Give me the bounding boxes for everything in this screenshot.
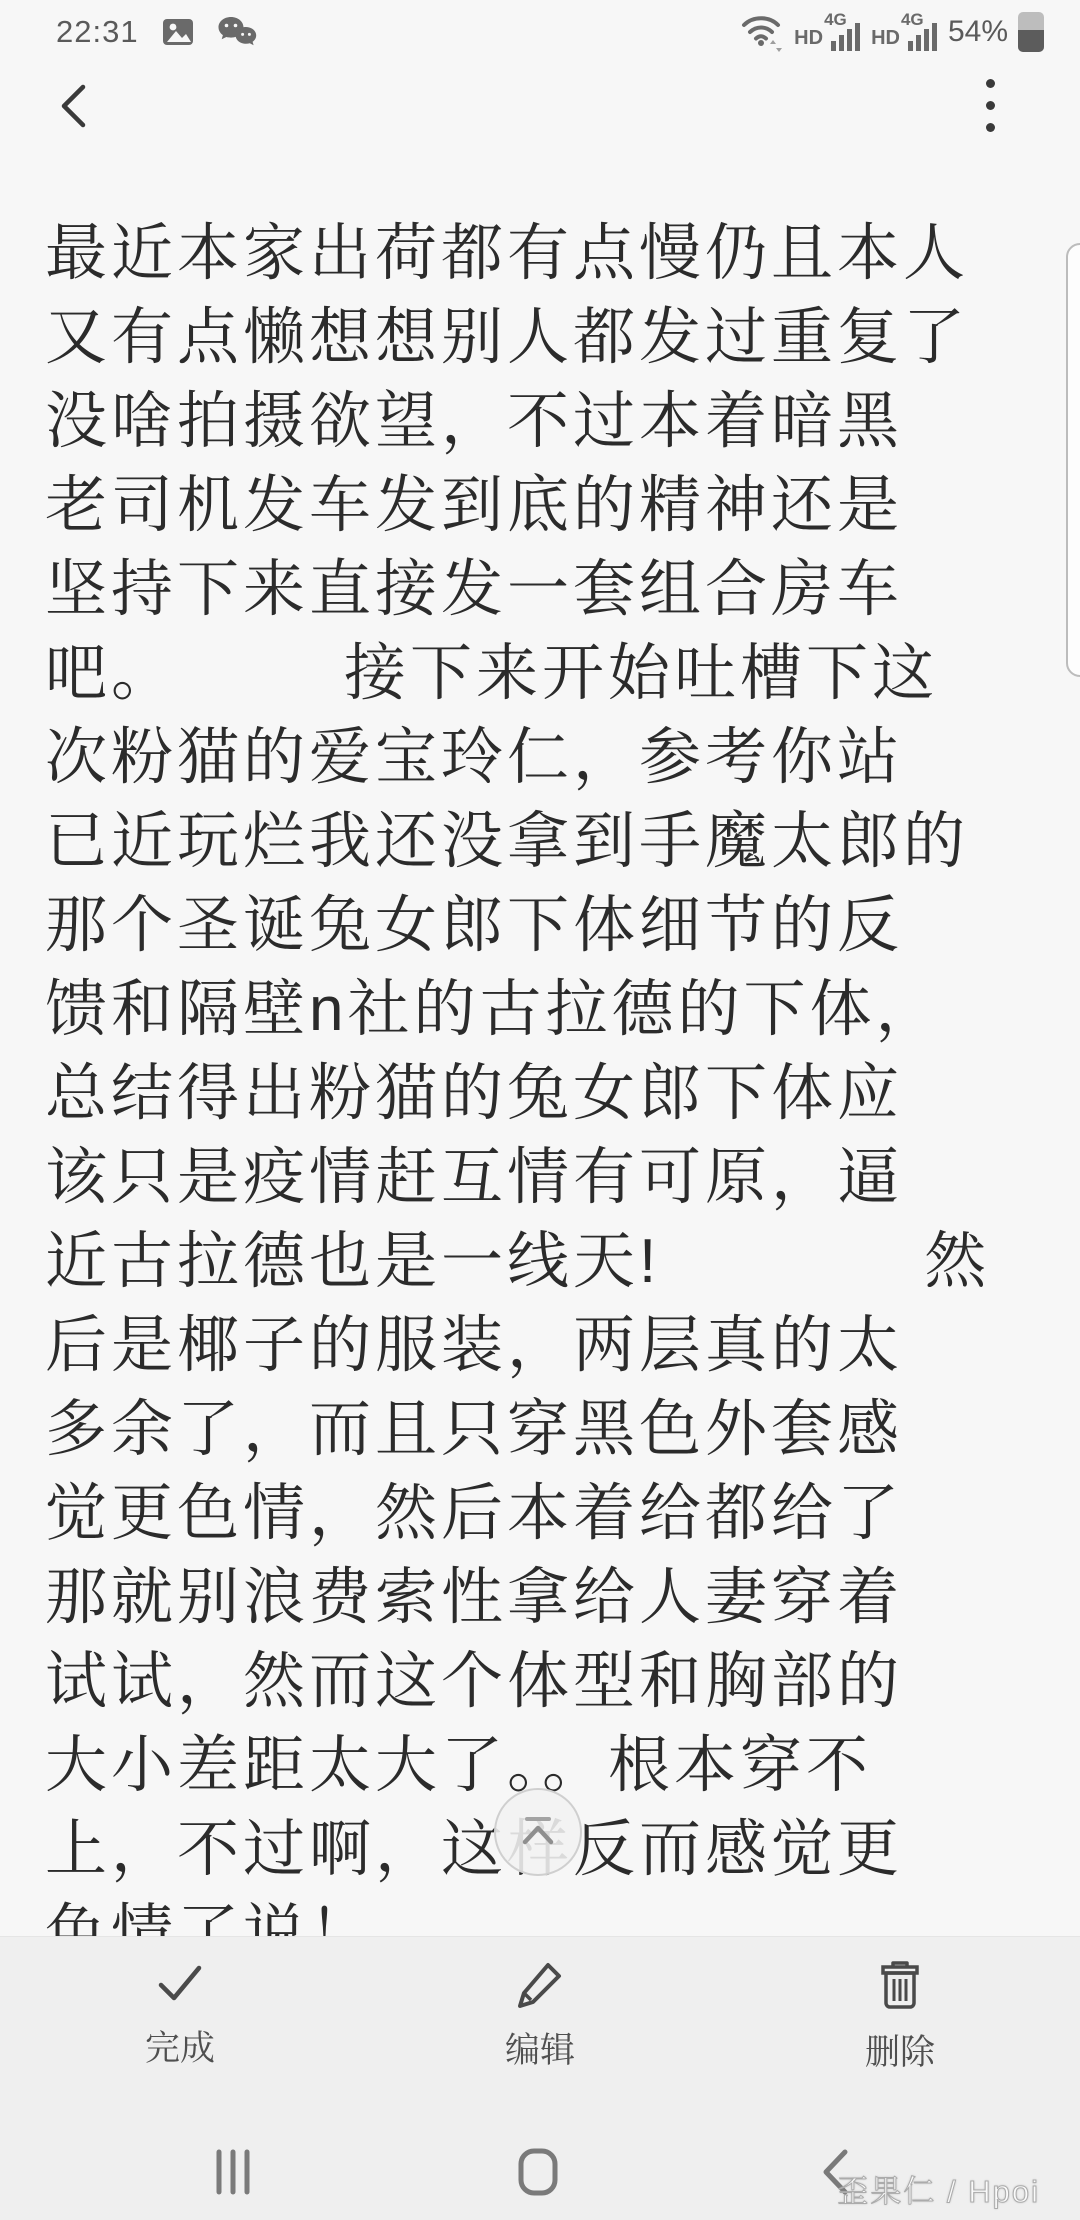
dot xyxy=(986,79,995,88)
text-line: 觉更色情，然后本着给都给了 xyxy=(45,1472,1040,1556)
edit-button[interactable]: 编辑 xyxy=(360,1937,720,2122)
check-icon xyxy=(154,1959,206,2007)
phone-screen: 22:31 xyxy=(0,0,1080,2220)
sim1-signal: HD 4G xyxy=(794,11,861,53)
text-line: 色情了说！ xyxy=(45,1892,1040,1936)
text-line: 该只是疫情赶互情有可原，逼 xyxy=(45,1136,1040,1220)
watermark: 歪果仁 / Hpoi xyxy=(837,2166,1040,2211)
dot xyxy=(986,101,995,110)
pencil-icon xyxy=(515,1959,565,2009)
done-label: 完成 xyxy=(145,2021,215,2071)
text-line: 没啥拍摄欲望，不过本着暗黑 xyxy=(45,380,1040,464)
text-line: 又有点懒想想别人都发过重复了 xyxy=(45,296,1040,380)
recents-icon xyxy=(210,2149,256,2195)
text-line: 多余了，而且只穿黑色外套感 xyxy=(45,1388,1040,1472)
edit-label: 编辑 xyxy=(505,2023,575,2073)
gallery-icon xyxy=(161,15,195,49)
chevron-up-to-top-icon xyxy=(515,1810,561,1854)
recents-button[interactable] xyxy=(193,2140,273,2204)
more-menu-button[interactable] xyxy=(962,70,1018,140)
text-line: 已近玩烂我还没拿到手魔太郎的 xyxy=(45,800,1040,884)
delete-label: 删除 xyxy=(865,2025,935,2075)
text-line: 次粉猫的爱宝玲仁，参考你站 xyxy=(45,716,1040,800)
text-line: 最近本家出荷都有点慢仍且本人 xyxy=(45,212,1040,296)
status-bar: 22:31 xyxy=(0,0,1080,58)
note-text: 最近本家出荷都有点慢仍且本人 又有点懒想想别人都发过重复了 没啥拍摄欲望，不过本… xyxy=(45,212,1040,1936)
scroll-to-top-button[interactable] xyxy=(494,1788,582,1876)
home-icon xyxy=(517,2148,559,2196)
back-button[interactable] xyxy=(44,76,104,136)
battery-icon xyxy=(1018,12,1044,52)
battery-percent: 54% xyxy=(948,15,1008,49)
signal-bars-icon xyxy=(908,21,938,51)
signal-bars-icon xyxy=(831,21,861,51)
done-button[interactable]: 完成 xyxy=(0,1937,360,2122)
wechat-icon xyxy=(217,14,257,50)
hd-voice-icon: HD xyxy=(794,23,823,53)
app-header xyxy=(0,58,1080,154)
text-line: 坚持下来直接发一套组合房车 xyxy=(45,548,1040,632)
text-line: 那个圣诞兔女郎下体细节的反 xyxy=(45,884,1040,968)
dot xyxy=(986,123,995,132)
text-line: 总结得出粉猫的兔女郎下体应 xyxy=(45,1052,1040,1136)
text-line: 老司机发车发到底的精神还是 xyxy=(45,464,1040,548)
chevron-left-icon xyxy=(57,82,91,130)
text-line: 试试，然而这个体型和胸部的 xyxy=(45,1640,1040,1724)
scrollbar-thumb[interactable] xyxy=(1066,243,1080,677)
delete-button[interactable]: 删除 xyxy=(720,1937,1080,2122)
text-line: 馈和隔壁n社的古拉德的下体， xyxy=(45,968,1040,1052)
action-bar: 完成 编辑 删除 xyxy=(0,1936,1080,2122)
text-line: 近古拉德也是一线天! 然 xyxy=(45,1220,1040,1304)
wifi-icon xyxy=(740,11,784,53)
clock: 22:31 xyxy=(56,14,139,50)
sim2-signal: HD 4G xyxy=(871,11,938,53)
home-button[interactable] xyxy=(498,2140,578,2204)
text-line: 那就别浪费索性拿给人妻穿着 xyxy=(45,1556,1040,1640)
text-line: 吧。 接下来开始吐槽下这 xyxy=(45,632,1040,716)
hd-voice-icon: HD xyxy=(871,23,900,53)
text-line: 后是椰子的服装，两层真的太 xyxy=(45,1304,1040,1388)
trash-icon xyxy=(875,1959,925,2011)
